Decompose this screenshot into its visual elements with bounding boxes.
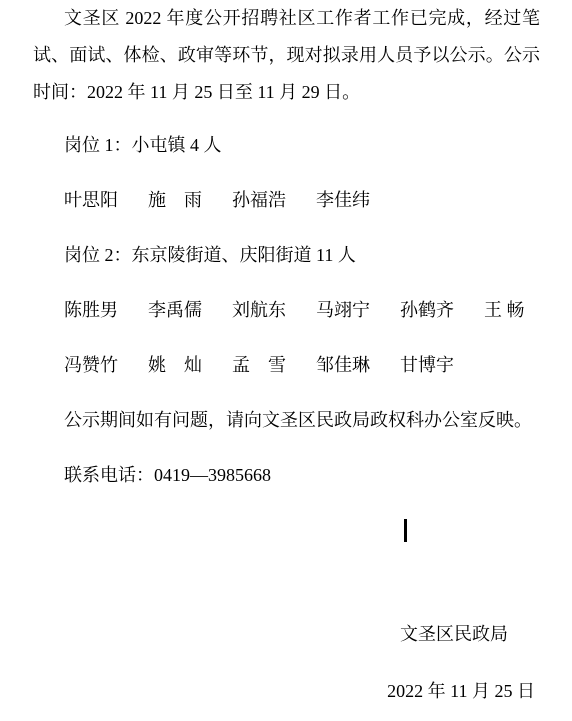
candidate-name[interactable]: 姚 灿	[148, 347, 202, 384]
text-cursor	[404, 519, 407, 542]
candidate-name[interactable]: 陈胜男	[64, 292, 118, 329]
contact-paragraph[interactable]: 联系电话：0419—3985668	[33, 457, 540, 494]
candidate-name[interactable]: 李佳纬	[316, 182, 370, 219]
candidate-name[interactable]: 甘博宇	[400, 347, 454, 384]
position-2-title[interactable]: 岗位 2：东京陵街道、庆阳街道 11 人	[33, 237, 540, 274]
candidate-name[interactable]: 孙福浩	[232, 182, 286, 219]
candidate-name[interactable]: 孙鹤齐	[400, 292, 454, 329]
candidate-name[interactable]: 叶思阳	[64, 182, 118, 219]
candidate-name[interactable]: 孟 雪	[232, 347, 286, 384]
candidate-name[interactable]: 刘航东	[232, 292, 286, 329]
position-1-title[interactable]: 岗位 1：小屯镇 4 人	[33, 127, 540, 164]
candidate-name[interactable]: 邹佳琳	[316, 347, 370, 384]
cursor-line[interactable]	[33, 512, 540, 549]
document-page[interactable]: 文圣区 2022 年度公开招聘社区工作者工作已完成，经过笔试、面试、体检、政审等…	[0, 0, 572, 721]
note-paragraph[interactable]: 公示期间如有问题，请向文圣区民政局政权科办公室反映。	[33, 402, 540, 439]
position-2-names-row-1: 陈胜男 李禹儒 刘航东 马翊宁 孙鹤齐 王 畅	[33, 292, 540, 329]
candidate-name[interactable]: 李禹儒	[148, 292, 202, 329]
intro-paragraph[interactable]: 文圣区 2022 年度公开招聘社区工作者工作已完成，经过笔试、面试、体检、政审等…	[33, 0, 540, 111]
candidate-name[interactable]: 王 畅	[484, 292, 525, 329]
candidate-name[interactable]: 冯赞竹	[64, 347, 118, 384]
signature[interactable]: 文圣区民政局	[33, 616, 540, 653]
position-2-names-row-2: 冯赞竹 姚 灿 孟 雪 邹佳琳 甘博宇	[33, 347, 540, 384]
candidate-name[interactable]: 马翊宁	[316, 292, 370, 329]
date[interactable]: 2022 年 11 月 25 日	[33, 673, 540, 710]
candidate-name[interactable]: 施 雨	[148, 182, 202, 219]
position-1-names-row: 叶思阳 施 雨 孙福浩 李佳纬	[33, 182, 540, 219]
